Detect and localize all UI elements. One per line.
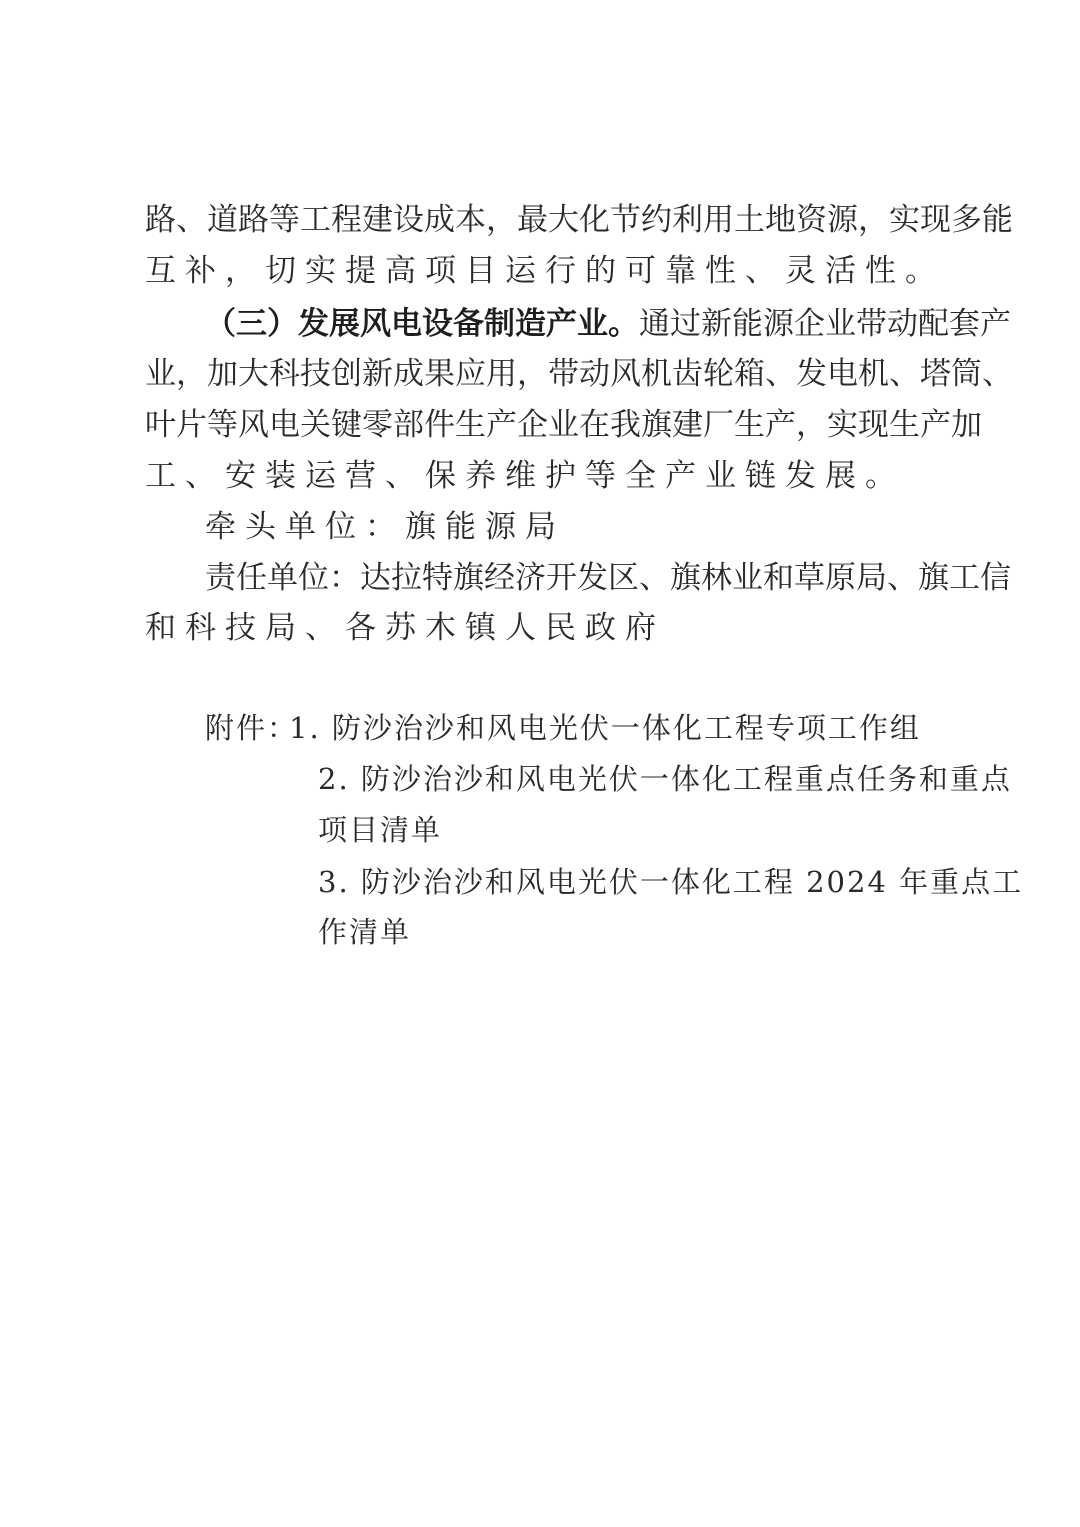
paragraph-line: 叶片等风电关键零部件生产企业在我旗建厂生产，实现生产加 bbox=[145, 403, 943, 447]
attachment-item-3-continued: 作清单 bbox=[318, 910, 411, 954]
paragraph-line: 路、道路等工程建设成本，最大化节约利用土地资源，实现多能 bbox=[145, 198, 943, 242]
responsible-units-line: 责任单位：达拉特旗经济开发区、旗林业和草原局、旗工信 bbox=[205, 556, 943, 600]
section-three-heading: （三）发展风电设备制造产业。 bbox=[205, 306, 639, 342]
paragraph-line: 业，加大科技创新成果应用，带动风机齿轮箱、发电机、塔筒、 bbox=[145, 352, 943, 396]
document-page: 路、道路等工程建设成本，最大化节约利用土地资源，实现多能 互补，切实提高项目运行… bbox=[0, 0, 1080, 1527]
attachments-label: 附件： bbox=[205, 706, 298, 750]
paragraph-line: 互补，切实提高项目运行的可靠性、灵活性。 bbox=[145, 249, 943, 293]
attachment-item-2: 2. 防沙治沙和风电光伏一体化工程重点任务和重点 bbox=[318, 757, 1012, 801]
section-three-lead-text: 通过新能源企业带动配套产 bbox=[639, 306, 1011, 342]
attachment-item-1: 1. 防沙治沙和风电光伏一体化工程专项工作组 bbox=[289, 706, 921, 750]
attachment-item-2-continued: 项目清单 bbox=[318, 808, 442, 852]
paragraph-line: 工、安装运营、保养维护等全产业链发展。 bbox=[145, 454, 943, 498]
lead-unit: 牵头单位：旗能源局 bbox=[205, 505, 943, 549]
responsible-units-line: 和科技局、各苏木镇人民政府 bbox=[145, 606, 943, 650]
section-three-first-line: （三）发展风电设备制造产业。通过新能源企业带动配套产 bbox=[205, 302, 943, 346]
attachment-item-3: 3. 防沙治沙和风电光伏一体化工程 2024 年重点工 bbox=[318, 860, 1023, 904]
